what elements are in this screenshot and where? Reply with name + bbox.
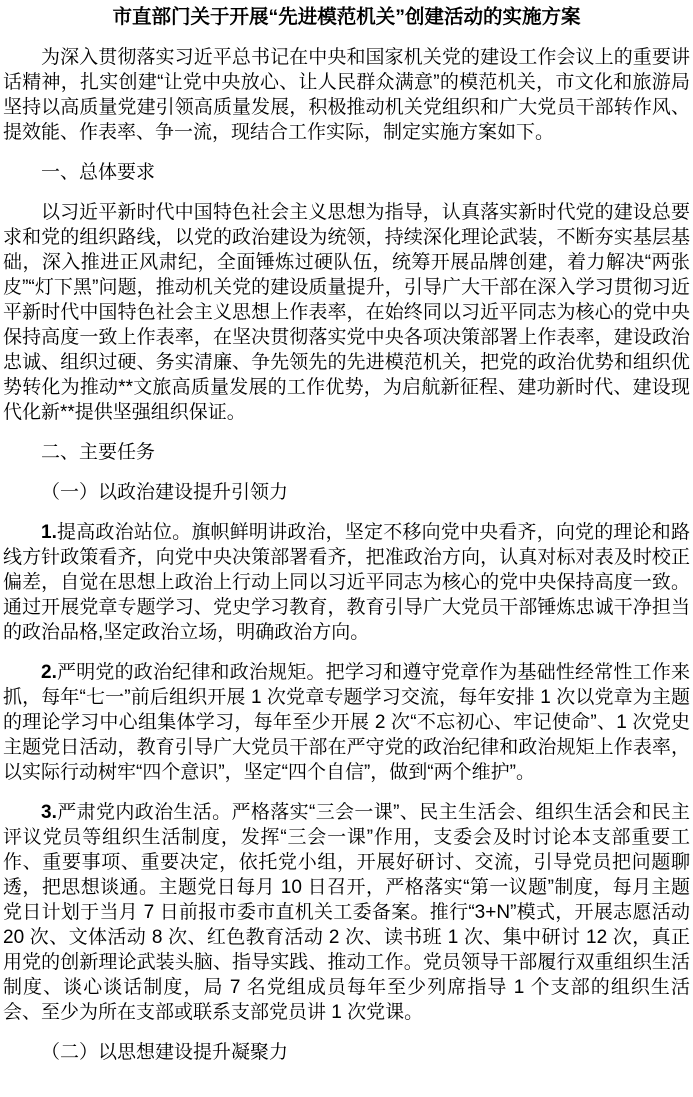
item-number-3: 3. [41, 802, 57, 823]
document-page: 市直部门关于开展“先进模范机关”创建活动的实施方案 为深入贯彻落实习近平总书记在… [0, 0, 693, 1097]
intro-paragraph: 为深入贯彻落实习近平总书记在中央和国家机关党的建设工作会议上的重要讲话精神，扎实… [3, 45, 690, 145]
section-1-body-paragraph: 以习近平新时代中国特色社会主义思想为指导，认真落实新时代党的建设总要求和党的组织… [3, 200, 690, 425]
item-text-3: 严肃党内政治生活。严格落实“三会一课”、民主生活会、组织生活会和民主评议党员等组… [3, 802, 690, 1023]
numbered-paragraph-3: 3.严肃党内政治生活。严格落实“三会一课”、民主生活会、组织生活会和民主评议党员… [3, 800, 690, 1025]
subsection-heading-1: （一）以政治建设提升引领力 [3, 480, 690, 505]
item-text-2: 严明党的政治纪律和政治规矩。把学习和遵守党章作为基础性经常性工作来抓，每年“七一… [3, 662, 690, 783]
section-heading-2: 二、主要任务 [3, 440, 690, 465]
item-number-2: 2. [41, 662, 57, 683]
subsection-heading-2: （二）以思想建设提升凝聚力 [3, 1040, 690, 1065]
numbered-paragraph-2: 2.严明党的政治纪律和政治规矩。把学习和遵守党章作为基础性经常性工作来抓，每年“… [3, 660, 690, 785]
item-number-1: 1. [41, 522, 57, 543]
section-heading-1: 一、总体要求 [3, 160, 690, 185]
item-text-1: 提高政治站位。旗帜鲜明讲政治，坚定不移向党中央看齐，向党的理论和路线方针政策看齐… [3, 522, 690, 643]
document-title: 市直部门关于开展“先进模范机关”创建活动的实施方案 [3, 5, 690, 30]
numbered-paragraph-1: 1.提高政治站位。旗帜鲜明讲政治，坚定不移向党中央看齐，向党的理论和路线方针政策… [3, 520, 690, 645]
